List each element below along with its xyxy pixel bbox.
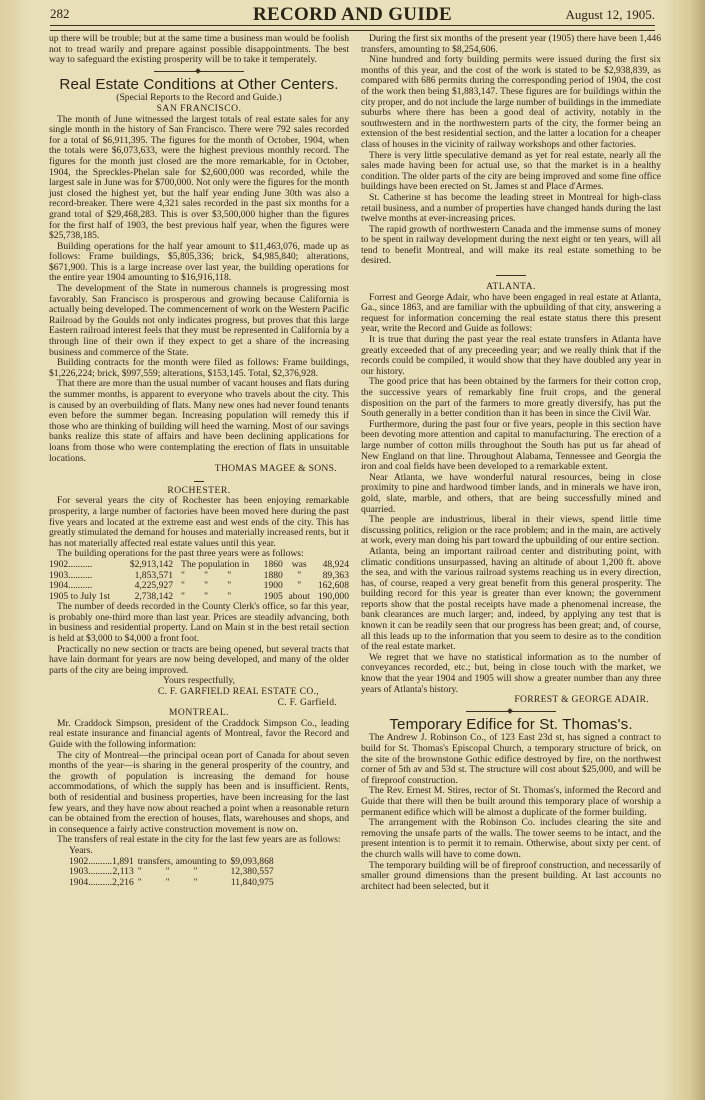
masthead: 282 RECORD AND GUIDE August 12, 1905. [50,4,655,26]
paragraph: The development of the State in numerous… [49,284,349,358]
cell-amount: 11,840,975 [227,878,274,889]
paragraph: For several years the city of Rochester … [49,496,349,549]
section-divider [194,481,204,482]
paragraph: The city of Montreal—the principal ocean… [49,751,349,836]
paragraph: The temporary building will be of firepr… [361,861,661,893]
cell-label: The population in [173,560,264,571]
section-ornament [154,68,244,76]
article-headline: Temporary Edifice for St. Thomas's. [361,720,661,731]
signature: FORREST & GEORGE ADAIR. [361,695,661,706]
city-heading-san-francisco: SAN FRANCISCO. [49,104,349,115]
cell-word: was [286,560,311,571]
cell-pop-year: 1860 [264,560,287,571]
paragraph: The Andrew J. Robinson Co., of 123 East … [361,733,661,786]
paragraph: St. Catherine st has become the leading … [361,193,661,225]
paragraph: The month of June witnessed the largest … [49,115,349,242]
masthead-rule [50,25,655,31]
table-row: 1904.......... 2,216 " " " 11,840,975 [69,878,274,889]
paragraph: It is true that during the past year the… [361,335,661,377]
paragraph: The arrangement with the Robinson Co. in… [361,818,661,860]
paragraph: Mr. Craddock Simpson, president of the C… [49,719,349,751]
table-row: 1902.......... $2,913,142 The population… [49,560,349,571]
paragraph: We regret that we have no statistical in… [361,653,661,695]
signature: THOMAS MAGEE & SONS. [49,464,349,475]
paragraph: Near Atlanta, we have wonderful natural … [361,473,661,515]
paragraph: Forrest and George Adair, who have been … [361,293,661,335]
years-label: Years. [49,846,349,857]
issue-date: August 12, 1905. [565,7,655,23]
paragraph: Building operations for the half year am… [49,242,349,284]
article-headline: Real Estate Conditions at Other Centers. [49,80,349,91]
continued-paragraph: up there will be trouble; but at the sam… [49,34,349,66]
paragraph: During the first six months of the prese… [361,34,661,55]
cell-year: 1904.......... [69,878,112,889]
paragraph: The rapid growth of northwestern Canada … [361,225,661,267]
paragraph: The number of deeds recorded in the Coun… [49,602,349,644]
paragraph: Nine hundred and forty building permits … [361,55,661,150]
paragraph: That there are more than the usual numbe… [49,379,349,464]
paragraph: Building contracts for the month were fi… [49,358,349,379]
paragraph: The Rev. Ernest M. Stires, rector of St.… [361,786,661,818]
cell-count: 2,216 [112,878,134,889]
paragraph: The people are industrious, liberal in t… [361,515,661,547]
right-column: During the first six months of the prese… [361,34,661,892]
cell-text: " " " [134,878,227,889]
cell-pop: 48,924 [312,560,349,571]
section-divider [496,275,526,276]
newspaper-page: 282 RECORD AND GUIDE August 12, 1905. up… [0,0,705,1100]
paragraph: Furthermore, during the past four or fiv… [361,420,661,473]
paragraph: Practically no new section or tracts are… [49,645,349,677]
cell-amount: $2,913,142 [122,560,173,571]
paragraph: The good price that has been obtained by… [361,377,661,419]
section-ornament [466,708,556,716]
paragraph: There is very little speculative demand … [361,151,661,193]
cell-year: 1902.......... [49,560,122,571]
paragraph: Atlanta, being an important railroad cen… [361,547,661,653]
rochester-stats-table: 1902.......... $2,913,142 The population… [49,560,349,602]
left-column: up there will be trouble; but at the sam… [49,34,349,888]
montreal-transfers-table: 1902.......... 1,891 transfers, amountin… [69,857,274,889]
publication-title: RECORD AND GUIDE [50,4,655,26]
paragraph: The transfers of real estate in the city… [49,835,349,846]
